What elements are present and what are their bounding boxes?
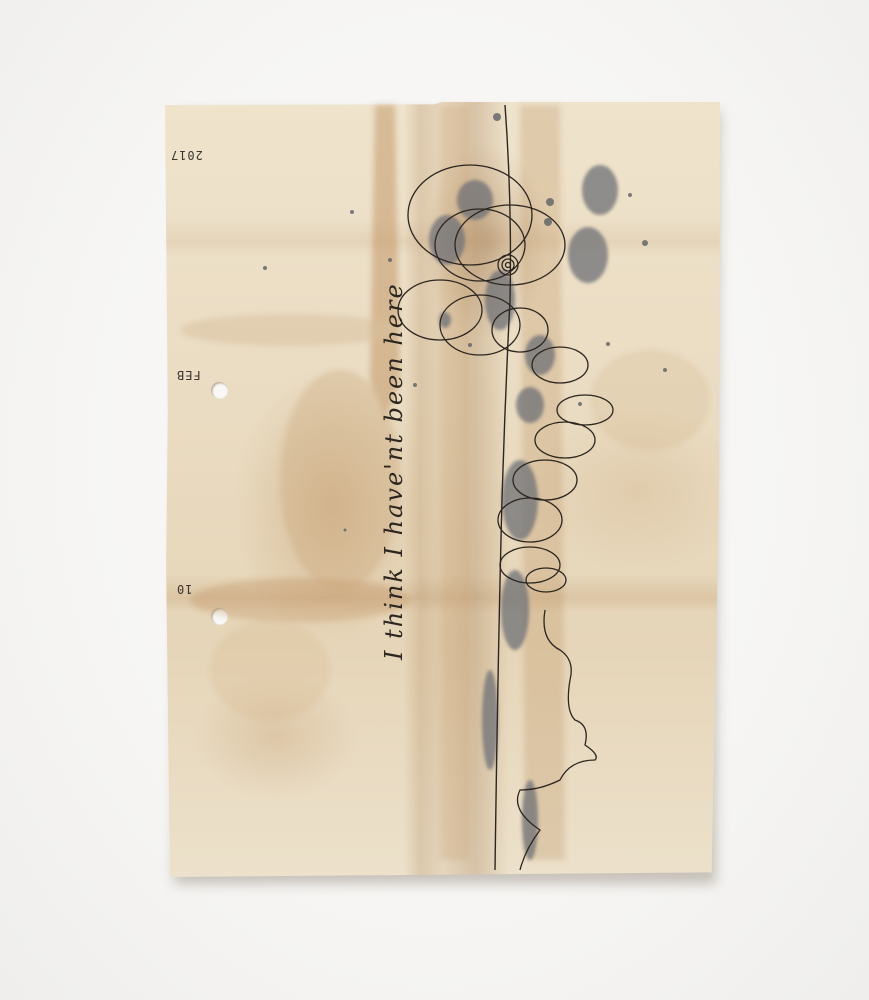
handwritten-text: I think I have'nt been here (380, 282, 408, 660)
spiral-center (498, 255, 518, 275)
ink-and-stain-artwork (0, 0, 869, 1000)
